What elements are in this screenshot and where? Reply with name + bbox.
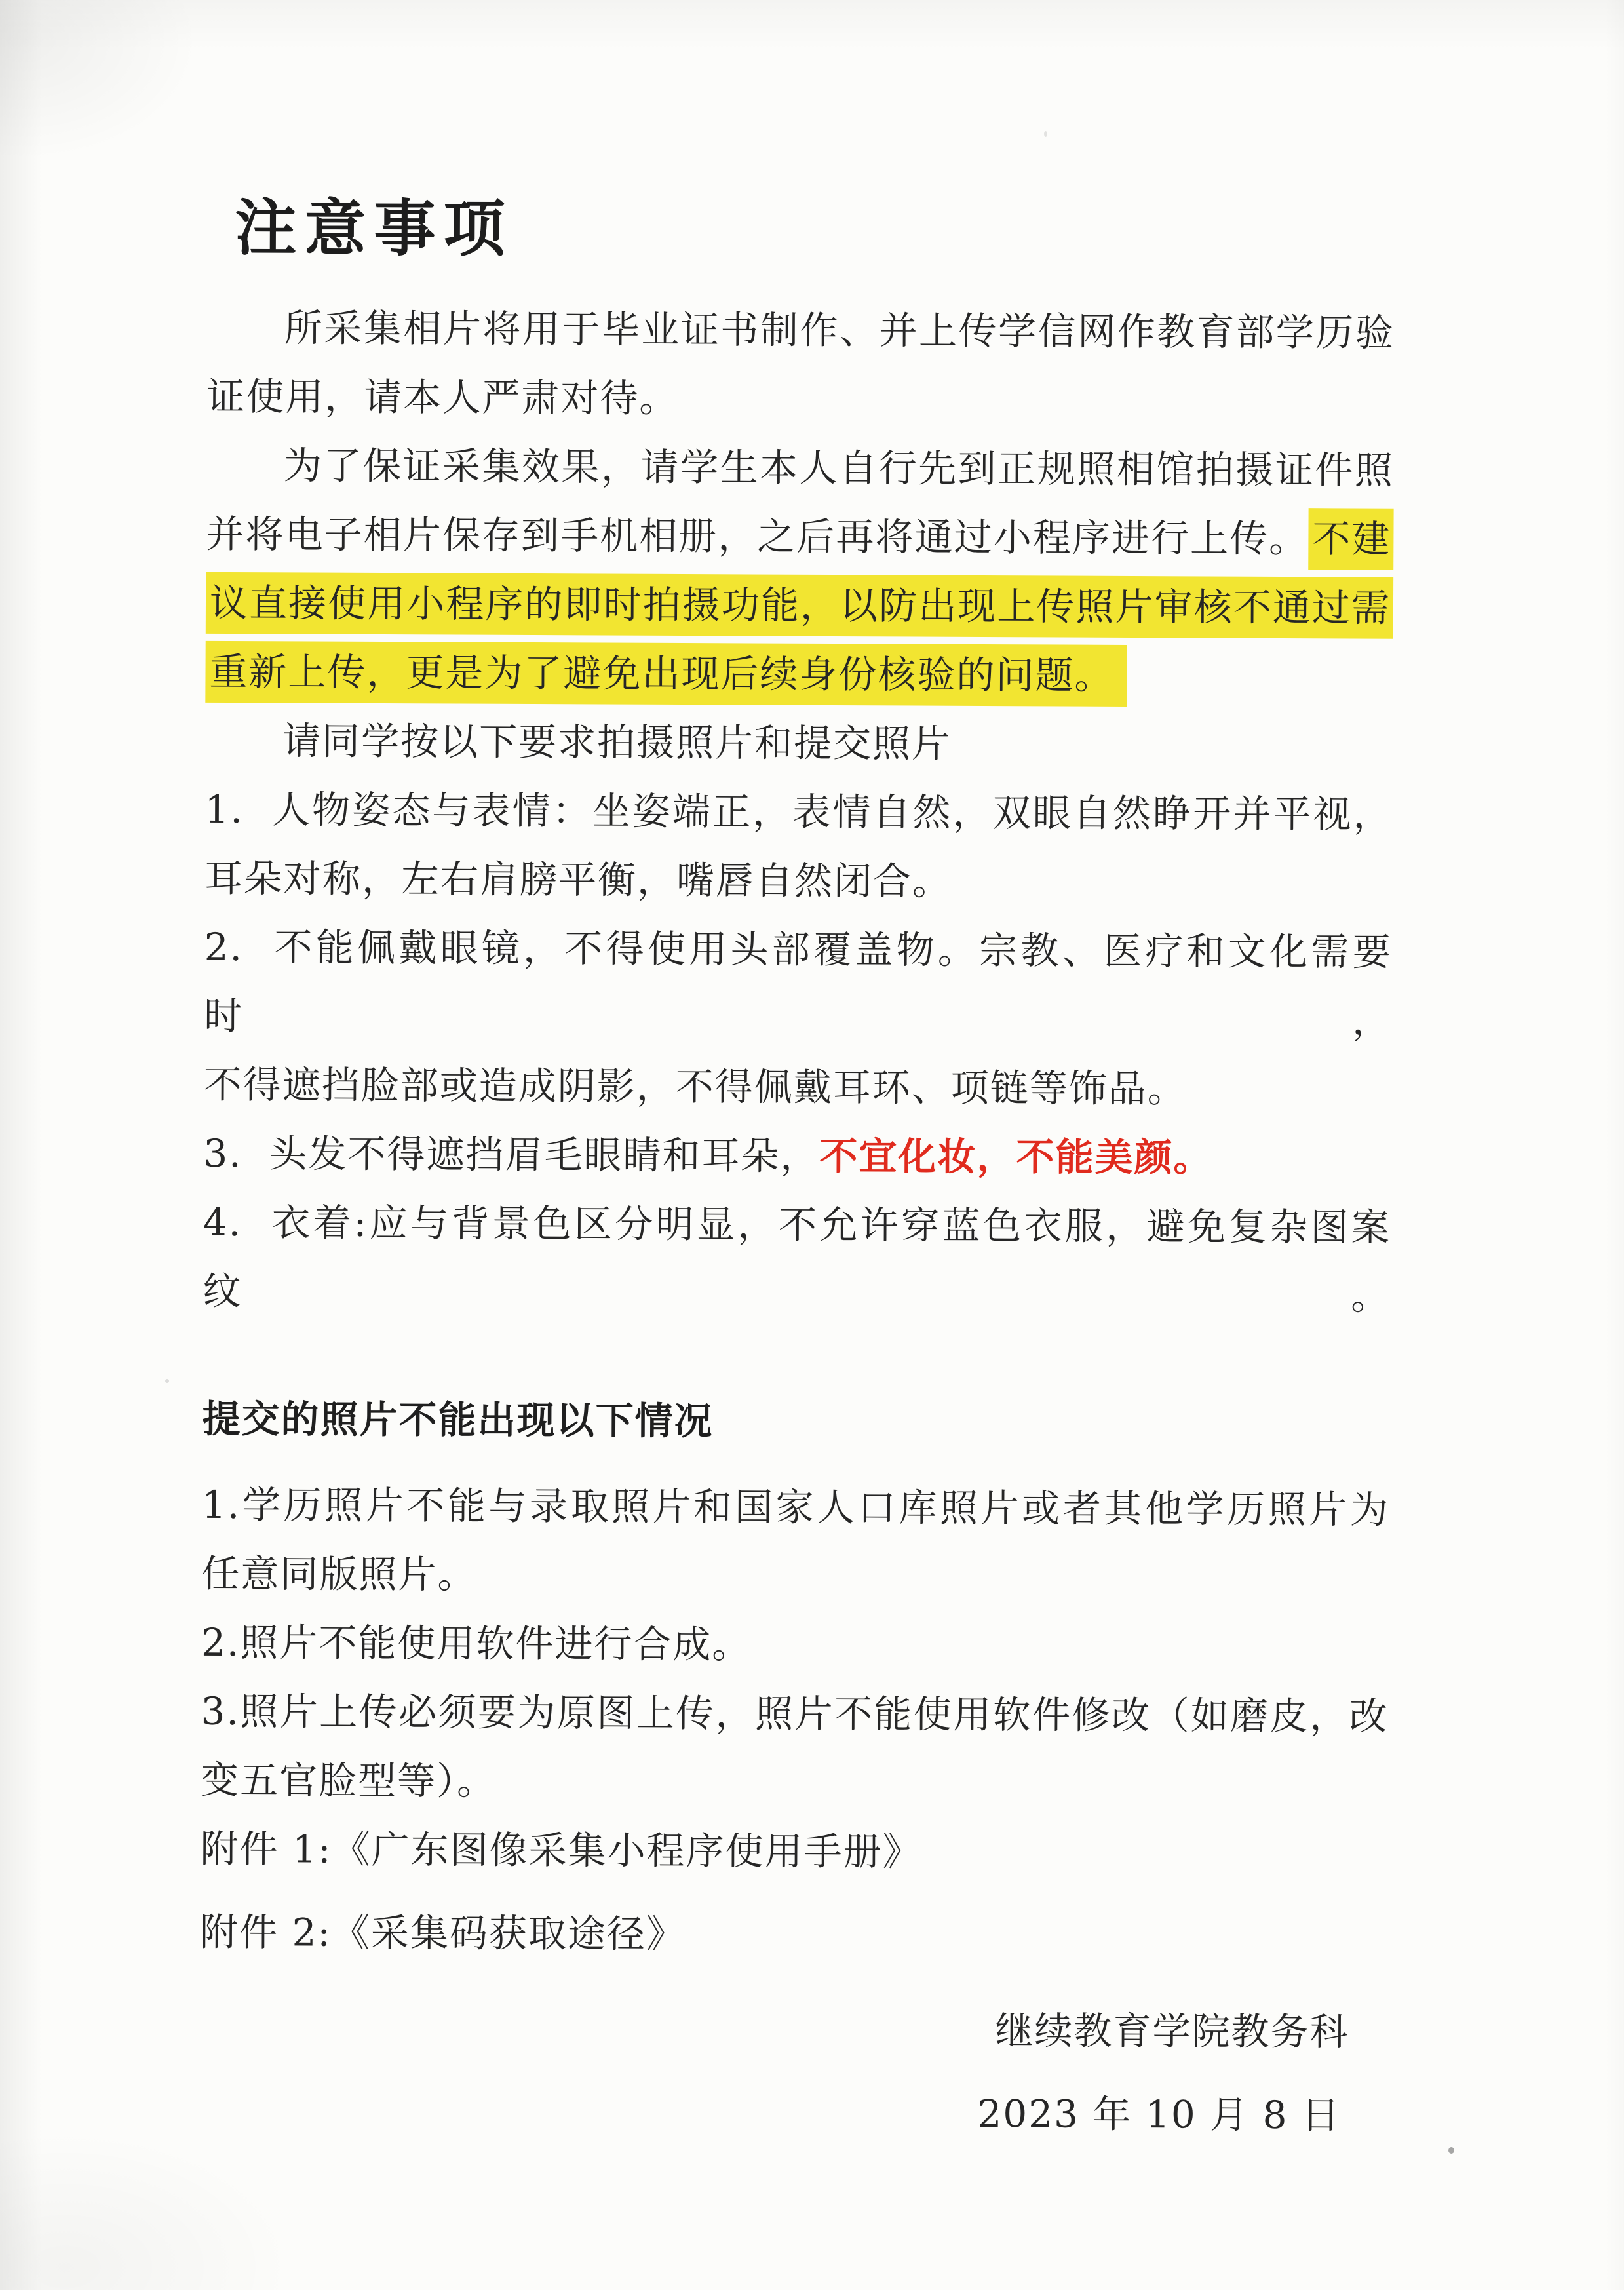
requirement-item-3-red-text: 不宜化妆，不能美颜。	[819, 1134, 1212, 1180]
requirement-item-3-line: 3. 头发不得遮挡眉毛眼睛和耳朵，不宜化妆，不能美颜。	[203, 1119, 1391, 1194]
forbidden-item-3-line-2: 变五官脸型等）。	[201, 1746, 1388, 1820]
guidance-line-3-highlight: 议直接使用小程序的即时拍摄功能，以防出现上传照片审核不通过需	[206, 572, 1393, 639]
forbidden-item-2-line: 2.照片不能使用软件进行合成。	[201, 1608, 1389, 1682]
forbidden-item-1-line-2: 任意同版照片。	[201, 1540, 1389, 1614]
requirements-list: 1. 人物姿态与表情：坐姿端正，表情自然，双眼自然睁开并平视， 耳朵对称，左右肩…	[203, 775, 1393, 1331]
guidance-line-3: 议直接使用小程序的即时拍摄功能，以防出现上传照片审核不通过需	[206, 569, 1393, 643]
forbidden-list: 1.学历照片不能与录取照片和国家人口库照片或者其他学历照片为 任意同版照片。 2…	[201, 1471, 1389, 1820]
attachment-2-line: 附件 2:《采集码获取途径》	[200, 1898, 1387, 1972]
requirement-item-1-line-2: 耳朵对称，左右肩膀平衡，嘴唇自然闭合。	[204, 844, 1392, 918]
requirement-item-2-line-1: 2. 不能佩戴眼镜，不得使用头部覆盖物。宗教、医疗和文化需要时，	[204, 913, 1392, 1056]
intro-line-2: 证使用，请本人严肃对待。	[206, 362, 1394, 437]
scan-speck	[165, 1379, 169, 1383]
intro-line-1: 所采集相片将用于毕业证书制作、并上传学信网作教育部学历验	[207, 294, 1395, 368]
guidance-line-2-highlight: 不建	[1308, 508, 1393, 570]
forbidden-section-heading: 提交的照片不能出现以下情况	[202, 1385, 1389, 1459]
guidance-line-1: 为了保证采集效果，请学生本人自行先到正规照相馆拍摄证件照	[206, 431, 1394, 505]
guidance-paragraph: 为了保证采集效果，请学生本人自行先到正规照相馆拍摄证件照 并将电子相片保存到手机…	[205, 431, 1394, 712]
requirement-item-4-line: 4. 衣着:应与背景色区分明显，不允许穿蓝色衣服，避免复杂图案纹。	[203, 1188, 1391, 1331]
attachment-1-line: 附件 1:《广东图像采集小程序使用手册》	[200, 1815, 1387, 1889]
scanned-document-page: 注意事项 所采集相片将用于毕业证书制作、并上传学信网作教育部学历验 证使用，请本…	[0, 0, 1624, 2290]
requirements-intro-line: 请同学按以下要求拍摄照片和提交照片	[205, 707, 1393, 781]
requirement-item-2-line-2: 不得遮挡脸部或造成阴影，不得佩戴耳环、项链等饰品。	[204, 1051, 1391, 1125]
date-line: 2023 年 10 月 8 日	[199, 2076, 1387, 2150]
document-content: 注意事项 所采集相片将用于毕业证书制作、并上传学信网作教育部学历验 证使用，请本…	[199, 0, 1396, 2150]
guidance-line-4-highlight: 重新上传，更是为了避免出现后续身份核验的问题。	[205, 641, 1127, 707]
requirement-item-1-line-1: 1. 人物姿态与表情：坐姿端正，表情自然，双眼自然睁开并平视，	[204, 775, 1392, 849]
forbidden-item-3-line-1: 3.照片上传必须要为原图上传，照片不能使用软件修改（如磨皮，改	[201, 1677, 1388, 1751]
guidance-line-2: 并将电子相片保存到手机相册，之后再将通过小程序进行上传。不建	[206, 500, 1393, 574]
page-title: 注意事项	[235, 195, 1395, 267]
signature-line: 继续教育学院教务科	[199, 1993, 1387, 2067]
scan-speck	[1044, 131, 1047, 137]
guidance-line-2-normal: 并将电子相片保存到手机相册，之后再将通过小程序进行上传。	[206, 512, 1308, 561]
intro-paragraph: 所采集相片将用于毕业证书制作、并上传学信网作教育部学历验 证使用，请本人严肃对待…	[206, 294, 1395, 437]
forbidden-item-1-line-1: 1.学历照片不能与录取照片和国家人口库照片或者其他学历照片为	[202, 1471, 1389, 1545]
requirement-item-3-normal: 3. 头发不得遮挡眉毛眼睛和耳朵，	[203, 1131, 820, 1178]
guidance-line-4: 重新上传，更是为了避免出现后续身份核验的问题。	[205, 638, 1393, 712]
scan-speck	[1448, 2147, 1454, 2154]
